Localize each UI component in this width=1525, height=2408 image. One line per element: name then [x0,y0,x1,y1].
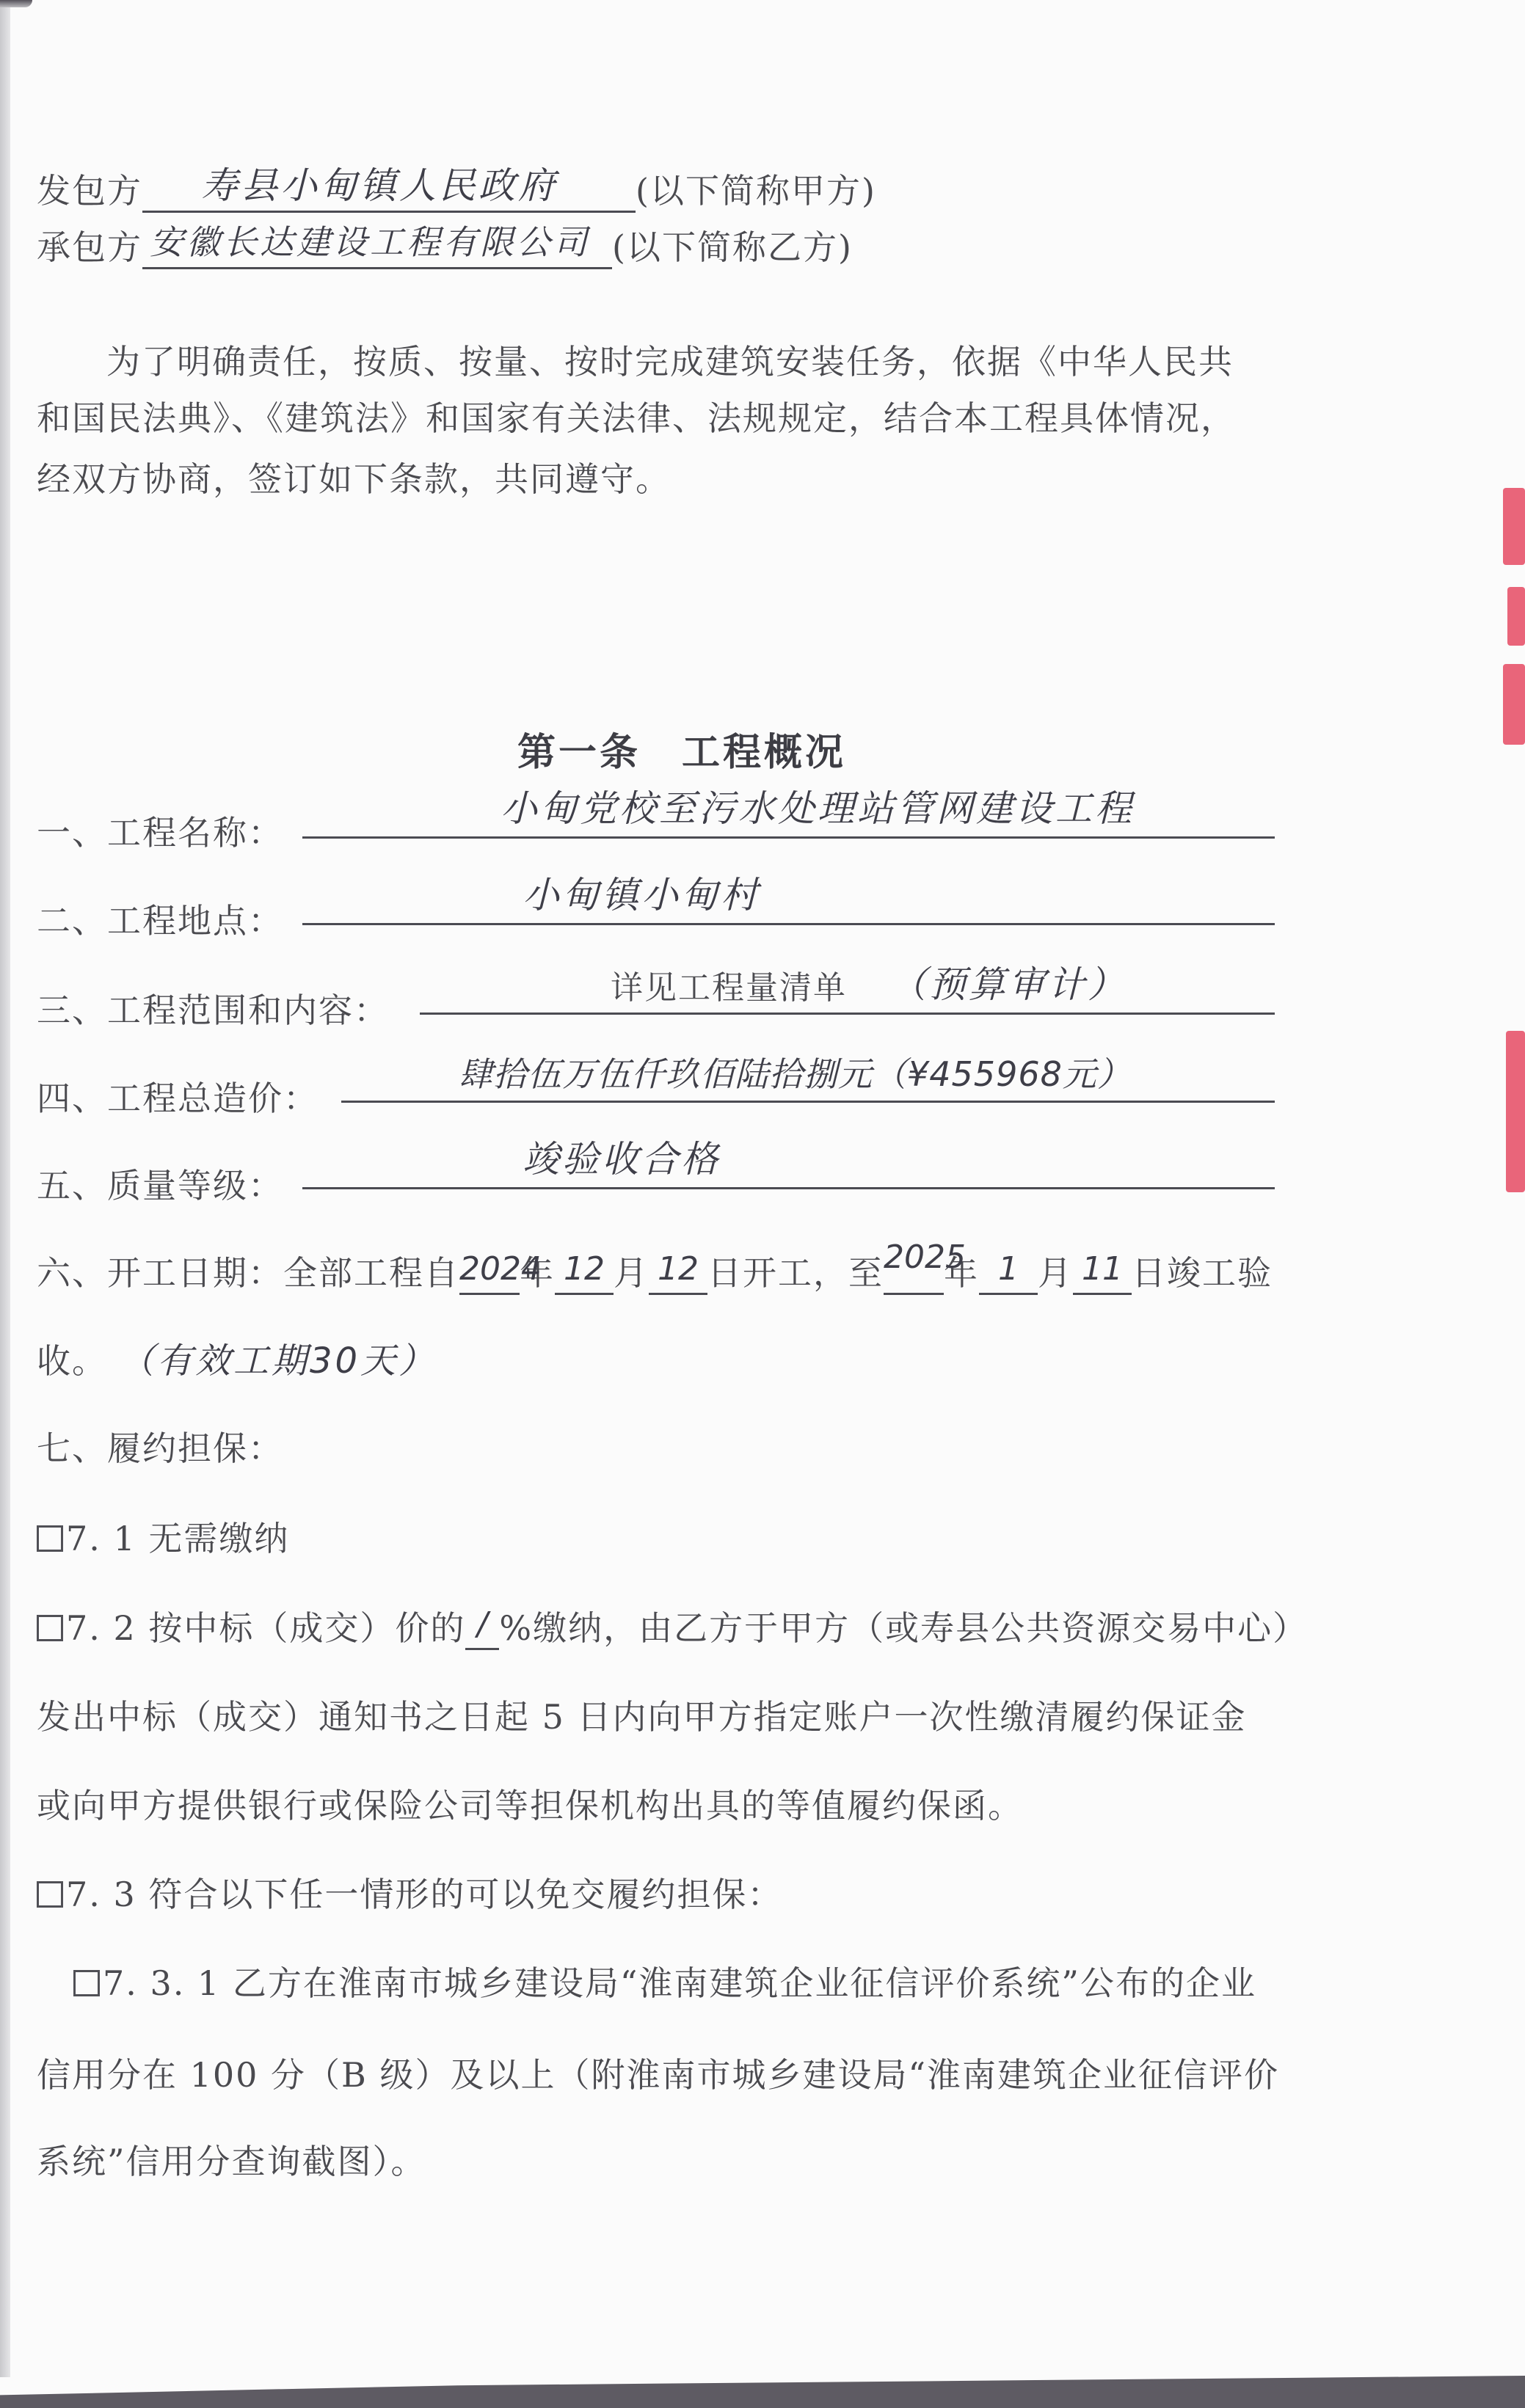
percentage-field[interactable]: / [465,1611,499,1650]
contractor-line: 承包方安徽长达建设工程有限公司(以下简称乙方) [37,225,853,269]
contractor-handwritten-value: 安徽长达建设工程有限公司 [150,220,590,264]
scope-field[interactable]: 详见工程量清单 （预算审计） [420,970,1275,1015]
contractor-label: 承包方 [37,227,142,267]
month-unit: 月 [614,1253,649,1293]
start-day-unit: 日开工，至 [707,1253,884,1293]
project-name-field[interactable]: 小甸党校至污水处理站管网建设工程 [302,794,1275,839]
employer-handwritten-value: 寿县小甸镇人民政府 [201,164,558,208]
total-price-field[interactable]: 肆拾伍万伍仟玖佰陆拾捌元（¥455968元） [341,1058,1275,1103]
employer-suffix: (以下简称甲方) [636,171,876,211]
guarantee-label: 七、履约担保： [37,1426,283,1470]
schedule-continuation-line: 收。（有效工期30天） [37,1339,437,1383]
start-month-field[interactable]: 12 [555,1256,614,1295]
checkbox-7-2[interactable] [37,1615,63,1641]
seal-fragment-2 [1507,587,1525,646]
project-location-value: 小甸镇小甸村 [523,866,760,919]
option-7-2-line-3: 或向甲方提供银行或保险公司等担保机构出具的等值履约保函。 [37,1784,1023,1828]
paper-left-edge [0,0,10,2377]
employer-label: 发包方 [37,171,142,211]
schedule-line: 六、开工日期：全部工程自2024年12月12日开工，至2025年1月11日竣工验 [37,1251,1273,1295]
article-1-title: 第一条 工程概况 [0,721,1525,776]
schedule-label: 六、开工日期： [37,1253,283,1293]
option-7-3: 7. 3 符合以下任一情形的可以免交履约担保： [37,1872,782,1916]
project-location-field[interactable]: 小甸镇小甸村 [302,880,1275,925]
schedule-text-end: 日竣工验 [1132,1253,1273,1293]
option-7-2-line-2: 发出中标（成交）通知书之日起 5 日内向甲方指定账户一次性缴清履约保证金 [37,1695,1247,1739]
preamble-line-1: 为了明确责任，按质、按量、按时完成建筑安装任务，依据《中华人民共 [106,340,1234,384]
end-day-value: 11 [1073,1247,1132,1291]
checkbox-7-3[interactable] [37,1881,63,1908]
end-month-unit: 月 [1038,1253,1073,1293]
scope-printed-value: 详见工程量清单 [611,961,847,1008]
option-7-3-1: 7. 3. 1 乙方在淮南市城乡建设局“淮南建筑企业征信评价系统”公布的企业 [73,1961,1256,2005]
employer-line: 发包方寿县小甸镇人民政府(以下简称甲方) [37,169,876,213]
schedule-handwritten-note: （有效工期30天） [137,1340,437,1382]
employer-field[interactable]: 寿县小甸镇人民政府 [142,171,636,213]
item-project-location-label: 二、工程地点： [37,899,283,943]
checkbox-7-3-1[interactable] [73,1970,100,1996]
item-total-price-label: 四、工程总造价： [37,1076,319,1120]
quality-value: 竣验收合格 [523,1130,721,1183]
project-name-value: 小甸党校至污水处理站管网建设工程 [501,779,1135,832]
option-7-3-1-line-2: 信用分在 100 分（B 级）及以上（附淮南市城乡建设局“淮南建筑企业征信评价 [37,2053,1279,2097]
preamble-line-2: 和国民法典》、《建筑法》和国家有关法律、法规规定，结合本工程具体情况， [37,396,1236,440]
option-7-2-text-post: %缴纳，由乙方于甲方（或寿县公共资源交易中心） [499,1608,1308,1648]
start-year-field[interactable]: 2024 [459,1256,520,1295]
percentage-value: / [465,1602,499,1646]
seal-fragment-1 [1503,488,1525,565]
paper-corner-shadow [0,0,32,7]
end-month-value: 1 [979,1247,1038,1291]
contractor-field[interactable]: 安徽长达建设工程有限公司 [142,227,612,269]
end-year-value: 2025 [884,1236,944,1280]
end-month-field[interactable]: 1 [979,1256,1038,1295]
seal-fragment-3 [1503,664,1525,745]
option-7-1-text: 7. 1 无需缴纳 [66,1519,289,1558]
quality-field[interactable]: 竣验收合格 [302,1145,1275,1189]
option-7-2-text-pre: 7. 2 按中标（成交）价的 [66,1608,465,1648]
option-7-3-1-line-3: 系统”信用分查询截图）。 [37,2139,426,2183]
item-project-name-label: 一、工程名称： [37,811,283,855]
option-7-3-text: 7. 3 符合以下任一情形的可以免交履约担保： [66,1875,782,1914]
start-day-field[interactable]: 12 [649,1256,707,1295]
start-day-value: 12 [649,1247,707,1291]
schedule-text-start: 全部工程自 [283,1253,459,1293]
total-price-value: 肆拾伍万伍仟玖佰陆拾捌元（¥455968元） [459,1048,1132,1096]
end-year-field[interactable]: 2025 [884,1256,944,1295]
item-quality-label: 五、质量等级： [37,1164,283,1208]
end-day-field[interactable]: 11 [1073,1256,1132,1295]
scope-handwritten-note: （预算审计） [889,955,1127,1008]
item-scope-label: 三、工程范围和内容： [37,988,389,1032]
preamble-line-3: 经双方协商，签订如下条款，共同遵守。 [37,457,671,501]
start-year-value: 2024 [459,1247,520,1291]
start-month-value: 12 [555,1247,614,1291]
desk-surface [0,2376,1525,2408]
option-7-3-1-text: 7. 3. 1 乙方在淮南市城乡建设局“淮南建筑企业征信评价系统”公布的企业 [103,1963,1256,2003]
option-7-1: 7. 1 无需缴纳 [37,1517,289,1561]
contractor-suffix: (以下简称乙方) [612,227,853,267]
checkbox-7-1[interactable] [37,1525,63,1552]
seal-fragment-4 [1506,1031,1525,1192]
option-7-2: 7. 2 按中标（成交）价的/%缴纳，由乙方于甲方（或寿县公共资源交易中心） [37,1606,1308,1650]
schedule-continuation: 收。 [37,1341,107,1381]
